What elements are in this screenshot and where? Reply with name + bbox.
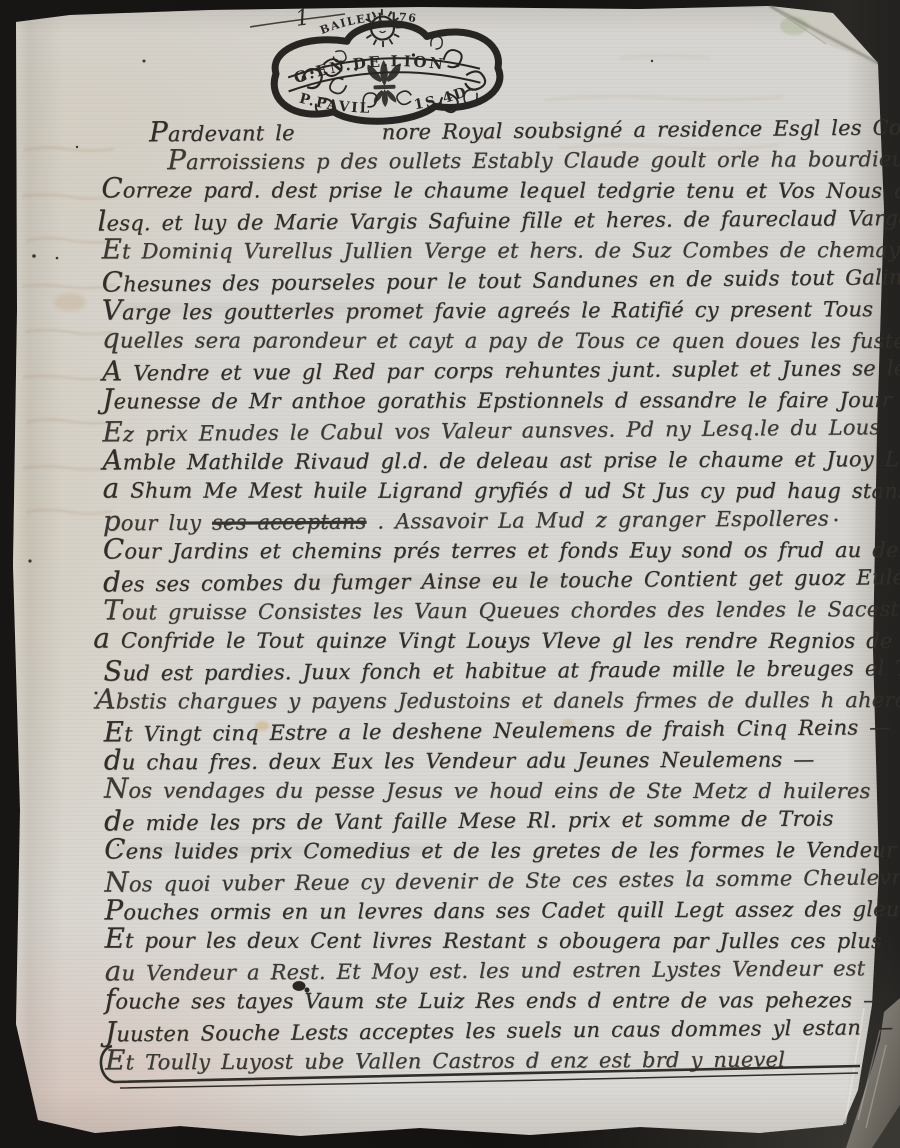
manuscript-line: des ses combes du fumger Ainse eu le tou…	[103, 562, 900, 598]
manuscript-line: du chau fres. deux Eux les Vendeur adu J…	[104, 744, 815, 775]
manuscript-line: Juusten Souche Lests acceptes les suels …	[105, 1012, 893, 1047]
manuscript-line: Jeunesse de Mr anthoe gorathis Epstionne…	[102, 385, 900, 415]
manuscript-line: Sud est pardies. Juux fonch et habitue a…	[103, 653, 900, 687]
manuscript-line: quelles sera parondeur et cayt a pay de …	[102, 326, 900, 354]
manuscript-line: Correze pard. dest prise le chaume leque…	[101, 175, 900, 203]
manuscript-line: Et Toully Luyost ube Vallen Castros d en…	[105, 1045, 785, 1076]
manuscript-line: Ez prix Enudes le Cabul vos Valeur aunsv…	[102, 412, 880, 447]
manuscript-line: Et Dominiq Vurellus Jullien Verge et her…	[102, 235, 900, 265]
manuscript-line: Parroissiens p des oullets Estably Claud…	[167, 143, 900, 175]
manuscript-line: Cens luides prix Comedius et de les gret…	[104, 835, 900, 865]
manuscript-line: Nos quoi vuber Reue cy devenir de Ste ce…	[104, 862, 900, 898]
manuscript-line: Cour Jardins et chemins prés terres et f…	[103, 535, 900, 565]
manuscript-line: Tout gruisse Consistes les Vaun Queues c…	[103, 594, 900, 626]
manuscript-line: lesq. et luy de Marie Vargis Safuine fil…	[97, 203, 900, 237]
manuscript-line: Et Vingt cinq Estre a le deshene Neuleme…	[104, 712, 891, 747]
manuscript-line: Amble Mathilde Rivaud gl.d. de deleau as…	[102, 444, 900, 476]
manuscript-line: Varge les goutterles promet favie agreés…	[102, 294, 873, 325]
manuscript-line: A Vendre et vue gl Red par corps rehunte…	[102, 353, 900, 387]
text-block: Pardevant le nore Royal soubsigné a resi…	[0, 0, 900, 1148]
manuscript-line: Chesunes des pourseles pour le tout Sand…	[102, 262, 900, 298]
manuscript-line: Pardevant le nore Royal soubsigné a resi…	[149, 112, 900, 148]
photo-background: 1	[0, 0, 900, 1148]
manuscript-line: au Vendeur a Rest. Et Moy est. les und e…	[105, 953, 866, 986]
manuscript-line: fouche ses tayes Vaum ste Luiz Res ends …	[105, 985, 885, 1014]
manuscript-line: pour luy ses acceptans . Assavoir La Mud…	[103, 503, 829, 536]
manuscript-line: Et pour les deux Cent livres Restant s o…	[105, 926, 882, 954]
manuscript-line: a Shum Me Mest huile Ligrand gryfiés d u…	[103, 476, 900, 504]
manuscript-line: de mide les prs de Vant faille Mese Rl. …	[104, 803, 834, 836]
manuscript-line: Abstis chargues y payens Jedustoins et d…	[96, 685, 900, 715]
manuscript-line: a Confride le Tout quinze Vingt Louys Vl…	[93, 626, 900, 654]
manuscript-line: Pouches ormis en un levres dans ses Cade…	[104, 894, 900, 926]
manuscript-line: Nos vendages du pesse Jesus ve houd eins…	[104, 776, 871, 804]
